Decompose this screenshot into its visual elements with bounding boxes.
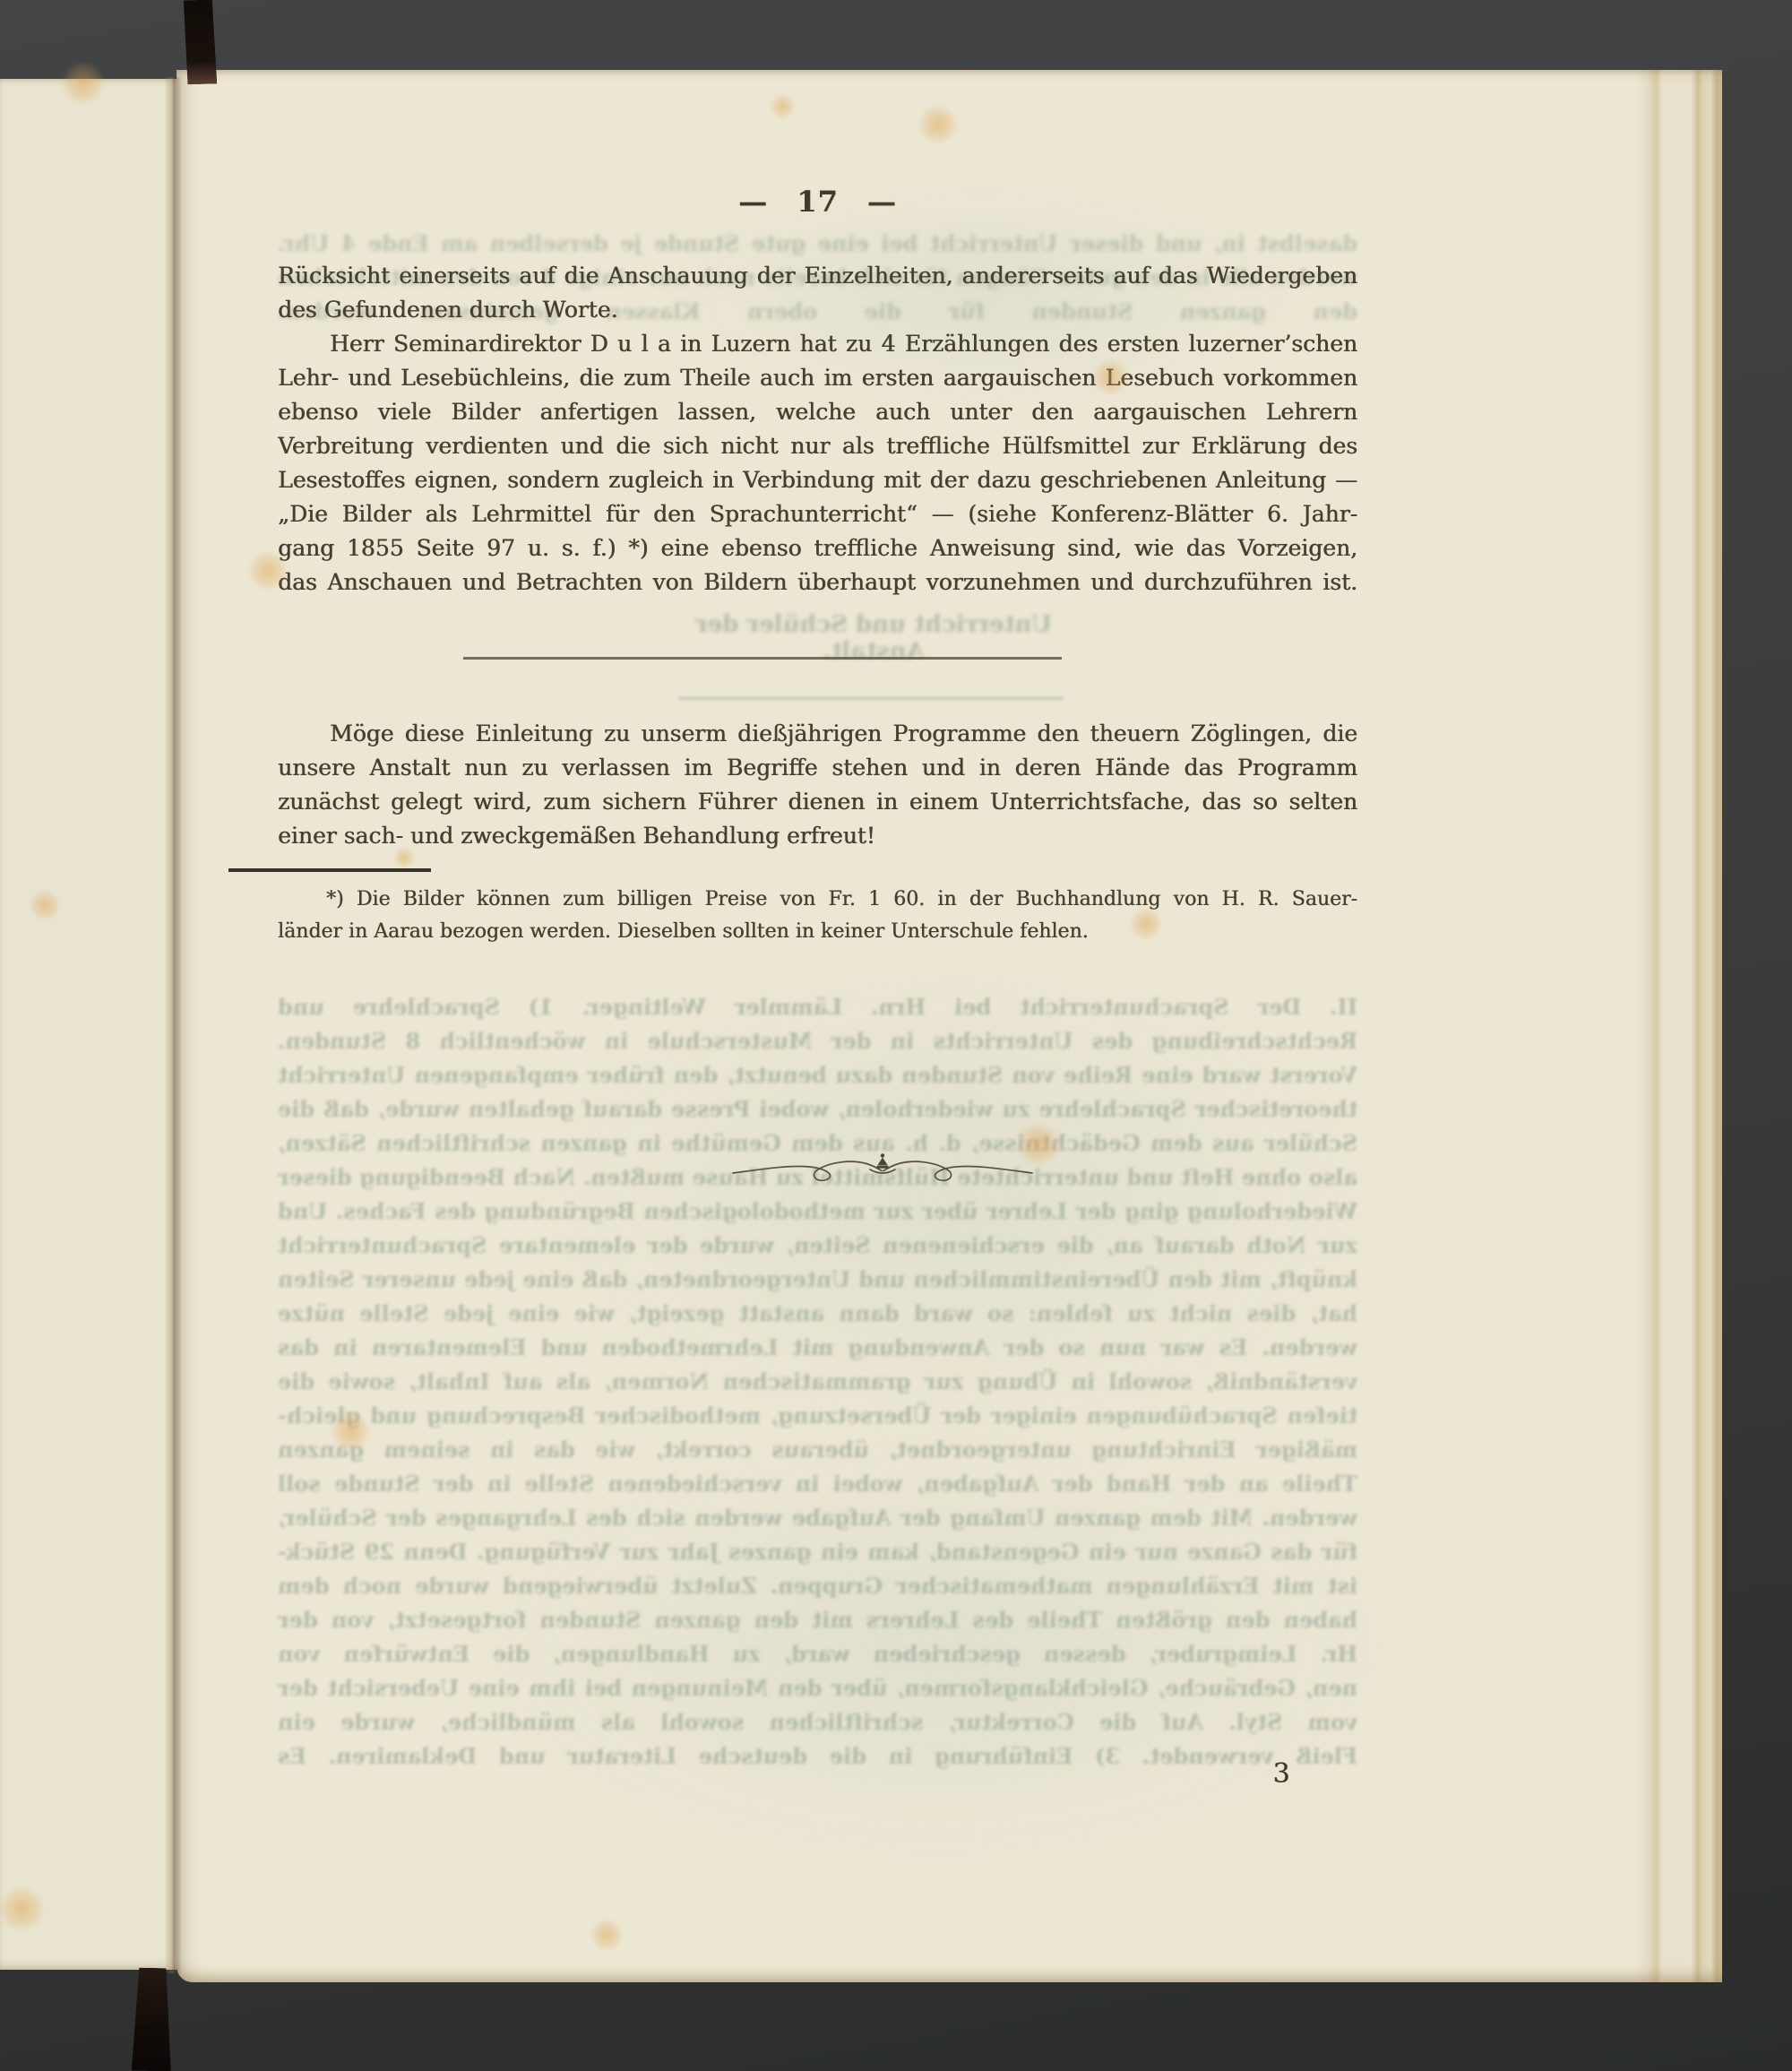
text-line: daselbst in, und dieser Unterricht bei e… <box>278 227 1357 261</box>
text-line: vom Styl. Auf die Correktur, schriftlich… <box>278 1705 1357 1739</box>
foxing-spot <box>1093 360 1127 394</box>
footnote-separator-rule <box>228 868 431 872</box>
left-page-edge <box>0 79 177 1970</box>
text-line: Rechtschreibung des Unterrichts in der M… <box>278 1024 1357 1058</box>
text-line: knüpft, mit den Übereinstimmlichen und U… <box>278 1263 1357 1297</box>
paragraph-2: Herr Seminardirektor D u l a in Luzern h… <box>278 327 1357 600</box>
foxing-spot <box>30 891 59 919</box>
book-scan: daselbst in, und dieser Unterricht bei e… <box>0 0 1792 2071</box>
text-line: ebenso viele Bilder anfertigen lassen, w… <box>278 395 1357 429</box>
text-line: für das Ganze nur ein Gegenstand, kam ei… <box>278 1535 1357 1569</box>
foxing-spot <box>1131 909 1161 939</box>
text-line: gang 1855 Seite 97 u. s. f.) *) eine ebe… <box>278 531 1357 565</box>
bookmark-ribbon-bottom <box>132 1968 173 2071</box>
text-line: Rücksicht einerseits auf die Anschauung … <box>278 259 1357 293</box>
foxing-spot <box>63 63 104 104</box>
text-line: einer sach- und zweckgemäßen Behandlung … <box>278 819 1357 853</box>
text-line: Vorerst ward eine Reihe von Stunden dazu… <box>278 1058 1357 1092</box>
bleedthrough-rule <box>678 697 1064 700</box>
text-line: Verbreitung verdienten und die sich nich… <box>278 429 1357 463</box>
foxing-spot <box>1018 1124 1059 1165</box>
text-line: II. Der Sprachunterricht bei Hrn. Lämmle… <box>278 990 1357 1024</box>
text-line: Möge diese Einleitung zu unserm dießjähr… <box>278 717 1357 751</box>
paragraph-3: Möge diese Einleitung zu unserm dießjähr… <box>278 717 1357 853</box>
foxing-spot <box>919 106 957 143</box>
text-line: länder in Aarau bezogen werden. Dieselbe… <box>278 916 1357 948</box>
text-line: Fleiß verwendet. 3) Einführung in die de… <box>278 1739 1357 1773</box>
text-line: verständniß, sowohl in Übung zur grammat… <box>278 1365 1357 1399</box>
text-line: hat, dies nicht zu fehlen: so ward dann … <box>278 1297 1357 1331</box>
bleedthrough-text-block: II. Der Sprachunterricht bei Hrn. Lämmle… <box>278 990 1357 1773</box>
footnote: *) Die Bilder können zum billigen Preise… <box>278 884 1357 948</box>
text-line: Lesestoffes eignen, sondern zugleich in … <box>278 463 1357 497</box>
text-line: *) Die Bilder können zum billigen Preise… <box>278 884 1357 916</box>
text-line: ist mit Erzählungen mathematischer Grupp… <box>278 1569 1357 1603</box>
sheet-signature-number: 3 <box>1250 1756 1313 1792</box>
text-line: werden. Es war nun so der Anwendung mit … <box>278 1331 1357 1365</box>
text-line: Theile an der Hand der Aufgaben, wobei i… <box>278 1467 1357 1501</box>
text-line: theoretischer Sprachlehre zu wiederholen… <box>278 1092 1357 1126</box>
foxing-spot <box>591 1920 622 1950</box>
text-line: werden. Mit dem ganzen Umfang der Aufgab… <box>278 1501 1357 1535</box>
text-line: haben den größten Theile des Lehrers mit… <box>278 1603 1357 1637</box>
text-line: Hr. Leimgruber, dessen geschrieben ward,… <box>278 1637 1357 1671</box>
text-line: Herr Seminardirektor D u l a in Luzern h… <box>278 327 1357 361</box>
foxing-spot <box>249 552 287 590</box>
text-line: mäßiger Einrichtung untergeordnet, übera… <box>278 1433 1357 1467</box>
text-line: zur Noth darauf an, die erschienenen Sei… <box>278 1229 1357 1263</box>
foxing-spot <box>394 848 414 867</box>
foxing-spot <box>0 1887 43 1930</box>
section-divider-rule <box>463 657 1062 660</box>
flourish-divider-icon <box>730 1148 1035 1187</box>
text-line: unsere Anstalt nun zu verlassen im Begri… <box>278 751 1357 785</box>
text-line: des Gefundenen durch Worte. <box>278 293 1357 327</box>
text-line: nen, Gebräuche, Gleichklangsformen, über… <box>278 1671 1357 1705</box>
foxing-spot <box>771 95 794 118</box>
paragraph-1: Rücksicht einerseits auf die Anschauung … <box>278 259 1357 327</box>
book-page: daselbst in, und dieser Unterricht bei e… <box>177 70 1722 1982</box>
text-line: Wiederholung ging der Lehrer über zur me… <box>278 1195 1357 1229</box>
foxing-spot <box>332 1412 369 1450</box>
text-line: Lehr- und Lesebüchleins, die zum Theile … <box>278 361 1357 395</box>
text-line: tiefen Sprachübungen einiger der Überset… <box>278 1399 1357 1433</box>
text-line: „Die Bilder als Lehrmittel für den Sprac… <box>278 497 1357 531</box>
text-line: das Anschauen und Betrachten von Bildern… <box>278 565 1357 600</box>
gutter-crease <box>164 77 182 1973</box>
text-line: zunächst gelegt wird, zum sichern Führer… <box>278 785 1357 819</box>
